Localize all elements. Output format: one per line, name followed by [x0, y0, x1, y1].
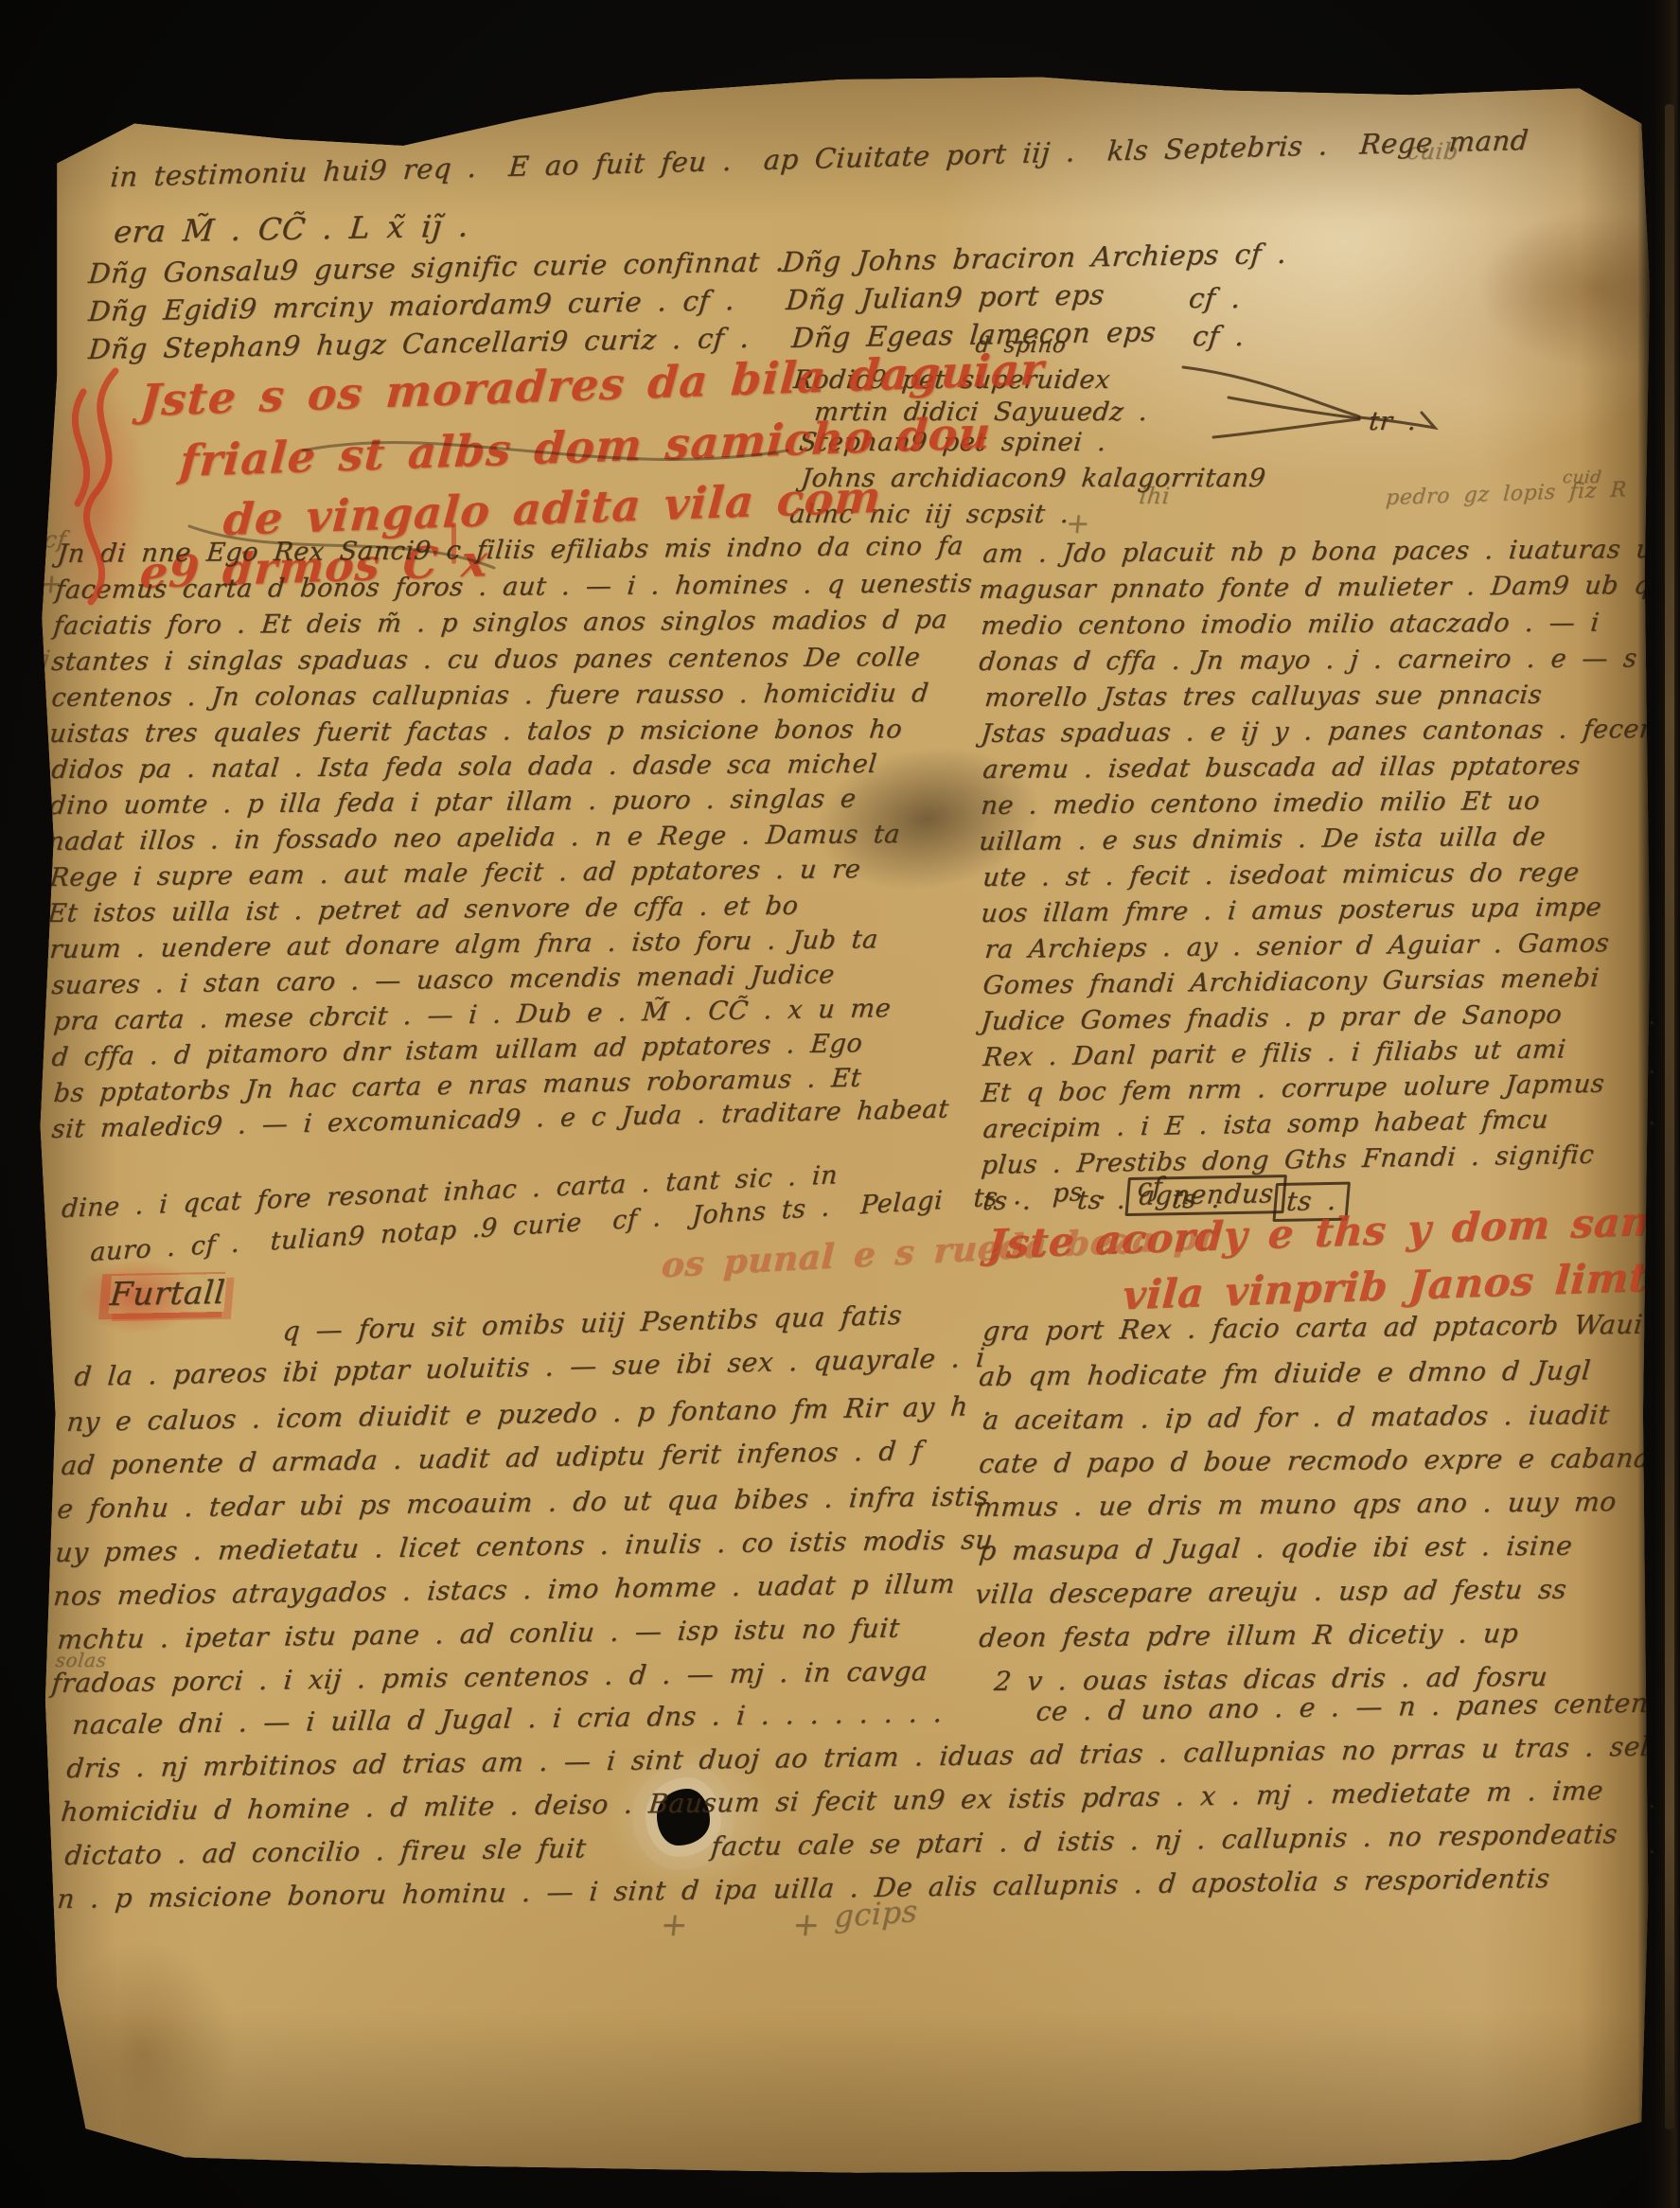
bottom-mark: gcips [834, 1893, 919, 1934]
body-line-right: donas d cffa . Jn mayo . j . carneiro . … [978, 644, 1680, 677]
bottom-mark: + + [659, 1906, 822, 1944]
body-line-right: morello Jstas tres calluyas sue pnnacis [983, 680, 1544, 713]
body2-line: ny e caluos . icom diuidit e puzedo . p … [65, 1390, 994, 1438]
body2-line-wide: dictato . ad concilio . fireu sle fuit f… [63, 1818, 1618, 1871]
body-line-right: Rex . Danl parit e filis . i filiabs ut … [981, 1034, 1567, 1072]
body-line-right: uillam . e sus dnimis . De ista uilla de [978, 822, 1547, 857]
body-line: facemus carta d bonos foros . aut . — i … [54, 569, 974, 605]
body2-line-right: gra port Rex . facio carta ad pptacorb W… [981, 1309, 1644, 1347]
body2-line: fradoas porci . i xij . pmis centenos . … [50, 1655, 929, 1699]
body2-line-right: villa descepare areuju . usp ad festu ss [974, 1574, 1568, 1610]
body-line: Jn di nne Ego Rex Sanci9 c filiis efilia… [56, 532, 964, 569]
header-line: cuib [1406, 138, 1459, 165]
margin-note: cuid [1562, 468, 1603, 487]
witness-line: cf . [1187, 282, 1242, 314]
margin-note: ihi [1138, 483, 1172, 509]
parchment: in testimoniu hui9 req . E ao fuit feu .… [0, 0, 1680, 2208]
body-line-right: medio centono imodio milio ataczado . — … [980, 609, 1600, 641]
body2-line-right: deon festa pdre illum R dicetiy . up [978, 1617, 1520, 1653]
body-line-right: magusar pnnato fonte d mulieter . Dam9 u… [978, 571, 1653, 605]
body-line-right: ra Archieps . ay . senior d Aguiar . Gam… [983, 928, 1611, 964]
body-line: suares . i stan caro . — uasco mcendis m… [50, 960, 836, 1000]
body2-line: mchtu . ipetar istu pane . ad conliu . —… [56, 1613, 901, 1655]
witness-line: Dñg Johns braciron Archieps cf . [781, 238, 1288, 278]
body-line-right: ute . st . fecit . isedoat mimicus do re… [981, 858, 1581, 893]
body2-line: q — foru sit omibs uiij Psentibs qua fat… [281, 1299, 903, 1347]
body-line: Et istos uilla ist . petret ad senvore d… [46, 892, 800, 928]
body-line: Rege i supre eam . aut male fecit . ad p… [48, 855, 862, 892]
body-line-right: agnendus [1124, 1175, 1287, 1216]
body-line-right: arecipim . i E . ista somp habeat fmcu [981, 1105, 1549, 1144]
next-folio-edge [1665, 104, 1674, 2129]
body-line-right: Gomes fnandi Archidiacony Gursias menebi [981, 963, 1600, 1000]
body-line-right: am . Jdo placuit nb p bona paces . iuatu… [981, 535, 1665, 569]
witness-name: tr . [1368, 407, 1419, 436]
body2-line-right: mmus . ue dris m muno qps ano . uuy mo [974, 1486, 1618, 1523]
margin-note: j [41, 645, 51, 672]
body-line-right: uos illam fmre . i amus posterus upa imp… [980, 892, 1603, 928]
body2-line-right: ab qm hodicate fm diuide e dmno d Jugl [978, 1354, 1592, 1392]
body2-line-right: cate d papo d boue recmodo expre e caban… [978, 1442, 1666, 1479]
body-line-right: Et q boc fem nrm . corrupe uolure Japmus [980, 1069, 1605, 1108]
margin-note: + [1064, 507, 1091, 540]
body2-line: nos medios atraygados . istacs . imo hom… [52, 1568, 957, 1612]
body-line-right: plus . Prestibs dong Gths Fnandi . signi… [980, 1140, 1595, 1180]
witness-line: Dñg Egidi9 mrciny maiordam9 curie . cf . [87, 284, 736, 327]
body-line: faciatis foro . Et deis m̃ . p singlos a… [52, 605, 949, 641]
body2-line-right: p masupa d Jugal . qodie ibi est . isine [978, 1530, 1574, 1567]
body2-line: uy pmes . medietatu . licet centons . in… [54, 1524, 995, 1568]
witness-line: Dñg Gonsalu9 gurse signific curie confin… [87, 245, 787, 290]
body-line-right: ne . medio centono imedio milio Et uo [980, 786, 1542, 821]
body2-line-right: a aceitam . ip ad for . d matados . iuad… [981, 1399, 1611, 1436]
body-line-right: aremu . isedat buscada ad illas pptatore… [981, 751, 1582, 785]
body-line: didos pa . natal . Ista feda sola dada .… [50, 750, 878, 785]
header-line: era M̃ . CC̃ . L x̃ ij̃ . [113, 207, 470, 250]
witness-line: cf . [1191, 320, 1246, 352]
body2-line: e fonhu . tedar ubi ps mcoauim . do ut q… [56, 1480, 990, 1525]
stain-bottomleft [47, 1940, 237, 2167]
body2-marker: Furtall [108, 1274, 226, 1314]
body-line-right: Judice Gomes fnadis . p prar de Sanopo [980, 1000, 1564, 1037]
body2-line: d la . pareos ibi pptar uoluitis . — sue… [73, 1342, 986, 1392]
body-line: nadat illos . in fossado neo apelida . n… [46, 820, 902, 857]
body-line: centenos . Jn colonas callupnias . fuere… [50, 679, 930, 713]
body-line: uistas tres quales fuerit factas . talos… [48, 715, 904, 749]
body2-line-wide: dris . nj mrbitinos ad trias am . — i si… [65, 1730, 1680, 1784]
photo-background: in testimoniu hui9 req . E ao fuit feu .… [0, 0, 1680, 2208]
body-line: stantes i singlas spaduas . cu duos pane… [50, 643, 922, 677]
body-line-right: Jstas spaduas . e ij y . panes cantonas … [980, 715, 1653, 749]
header-line: in testimoniu hui9 req . E ao fuit feu .… [109, 124, 1530, 193]
body2-line-wide: homicidiu d homine . d mlite . deiso . B… [60, 1775, 1605, 1828]
witness-line: Dñg Julian9 port eps [785, 278, 1106, 316]
body-line: ruum . uendere aut donare algm fnra . is… [48, 925, 879, 964]
body-line: dino uomte . p illa feda i ptar illam . … [48, 785, 858, 821]
body2-line: ad ponente d armada . uadit ad udiptu fe… [60, 1435, 924, 1481]
